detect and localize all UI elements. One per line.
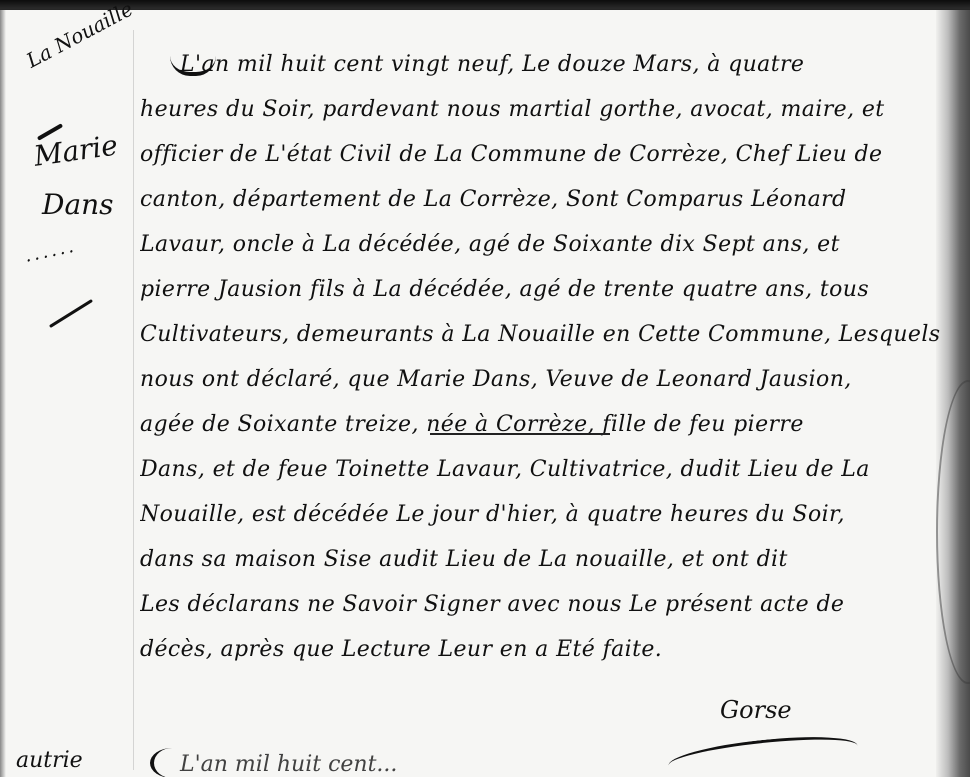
margin-next-entry: autrie — [16, 748, 83, 773]
record-line: nous ont déclaré, que Marie Dans, Veuve … — [140, 357, 940, 402]
record-line: décès, après que Lecture Leur en a Eté f… — [140, 627, 940, 672]
book-binding-gutter — [936, 10, 970, 777]
name-underline — [540, 433, 610, 435]
record-line: agée de Soixante treize, née à Corrèze, … — [140, 402, 940, 447]
record-line: officier de L'état Civil de La Commune d… — [140, 132, 940, 177]
record-line: Dans, et de feue Toinette Lavaur, Cultiv… — [140, 447, 940, 492]
record-line: Nouaille, est décédée Le jour d'hier, à … — [140, 492, 940, 537]
mayor-signature: Gorse — [720, 696, 792, 724]
next-entry-text: L'an mil huit cent... — [180, 752, 397, 777]
record-line: heures du Soir, pardevant nous martial g… — [140, 87, 940, 132]
page-left-edge — [0, 10, 6, 777]
name-underline — [430, 433, 550, 435]
record-line: Lavaur, oncle à La décédée, agé de Soixa… — [140, 222, 940, 267]
record-line: dans sa maison Sise audit Lieu de La nou… — [140, 537, 940, 582]
record-line: Les déclarans ne Savoir Signer avec nous… — [140, 582, 940, 627]
binding-stain — [936, 380, 970, 684]
margin-rule — [133, 30, 134, 770]
record-line: canton, département de La Corrèze, Sont … — [140, 177, 940, 222]
record-line: pierre Jausion fils à La décédée, agé de… — [140, 267, 940, 312]
margin-deceased-surname: Dans — [42, 188, 114, 221]
record-line: L'an mil huit cent vingt neuf, Le douze … — [140, 42, 940, 87]
record-line: Cultivateurs, demeurants à La Nouaille e… — [140, 312, 940, 357]
record-body: L'an mil huit cent vingt neuf, Le douze … — [140, 42, 940, 672]
